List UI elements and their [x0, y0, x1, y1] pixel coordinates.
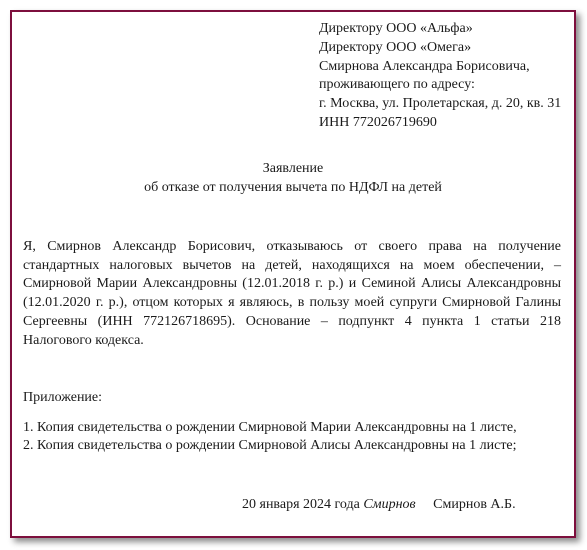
- handwritten-signature: Смирнов: [363, 497, 415, 512]
- document-title: Заявление об отказе от получения вычета …: [12, 160, 574, 197]
- addressee-line: проживающего по адресу:: [319, 76, 561, 95]
- appendix-label: Приложение:: [23, 389, 102, 408]
- addressee-line: ИНН 772026719690: [319, 114, 561, 133]
- appendix-list: 1. Копия свидетельства о рождении Смирно…: [23, 419, 517, 455]
- signature-date: 20 января 2024 года: [242, 497, 363, 512]
- signature-line: 20 января 2024 года Смирнов Смирнов А.Б.: [242, 496, 516, 514]
- appendix-item: 1. Копия свидетельства о рождении Смирно…: [23, 419, 517, 437]
- title-subheading: об отказе от получения вычета по НДФЛ на…: [12, 179, 574, 198]
- title-heading: Заявление: [12, 160, 574, 179]
- signature-name: Смирнов А.Б.: [433, 497, 515, 512]
- document-frame: Директору ООО «Альфа» Директору ООО «Оме…: [10, 10, 576, 538]
- addressee-line: Директору ООО «Омега»: [319, 39, 561, 58]
- addressee-line: Директору ООО «Альфа»: [319, 20, 561, 39]
- appendix-item: 2. Копия свидетельства о рождении Смирно…: [23, 437, 517, 455]
- body-paragraph: Я, Смирнов Александр Борисович, отказыва…: [23, 238, 561, 350]
- addressee-line: Смирнова Александра Борисовича,: [319, 58, 561, 77]
- addressee-line: г. Москва, ул. Пролетарская, д. 20, кв. …: [319, 95, 561, 114]
- addressee-block: Директору ООО «Альфа» Директору ООО «Оме…: [319, 20, 561, 133]
